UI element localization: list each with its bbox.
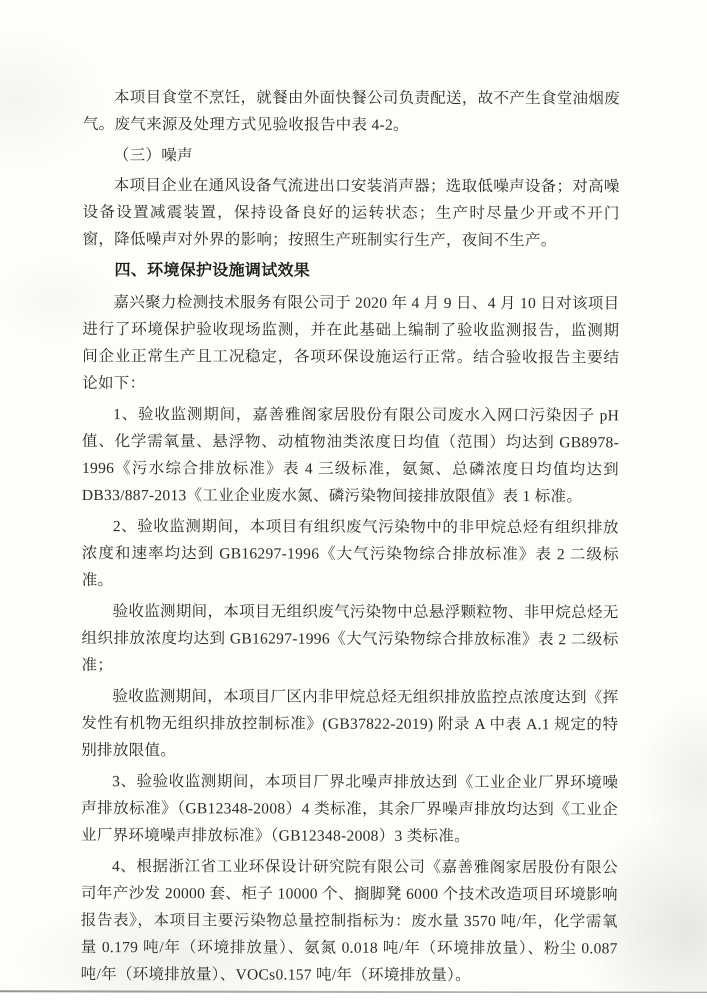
- document-body: 本项目食堂不烹饪，就餐由外面快餐公司负责配送，故不产生食堂油烟废气。废气来源及处…: [81, 84, 620, 993]
- conclusion-item-2-organized-exhaust: 2、验收监测期间，本项目有组织废气污染物中的非甲烷总烃有组织排放浓度和速率均达到…: [82, 513, 619, 595]
- conclusion-item-2-voc-monitoring-points: 验收监测期间，本项目厂区内非甲烷总烃无组织排放监控点浓度达到《挥发性有机物无组织…: [81, 683, 618, 765]
- scanner-background-strip: [0, 993, 707, 1000]
- conclusion-item-1-wastewater: 1、验收监测期间，嘉善雅阁家居股份有限公司废水入网口污染因子 pH 值、化学需氧…: [82, 401, 619, 510]
- section-heading-environmental-facility-results: 四、环境保护设施调试效果: [82, 257, 619, 285]
- conclusion-item-4-total-pollutant-control: 4、根据浙江省工业环保设计研究院有限公司《嘉善雅阁家居股份有限公司年产沙发 20…: [81, 853, 618, 989]
- paragraph-canteen-exhaust: 本项目食堂不烹饪，就餐由外面快餐公司负责配送，故不产生食堂油烟废气。废气来源及处…: [83, 84, 620, 139]
- paragraph-monitoring-overview: 嘉兴聚力检测技术服务有限公司于 2020 年 4 月 9 日、4 月 10 日对…: [82, 289, 619, 398]
- scanned-document-page: 本项目食堂不烹饪，就餐由外面快餐公司负责配送，故不产生食堂油烟废气。废气来源及处…: [0, 0, 707, 1000]
- paragraph-noise-measures: 本项目企业在通风设备气流进出口安装消声器；选取低噪声设备；对高噪设备设置减震装置…: [83, 172, 620, 254]
- conclusion-item-2-fugitive-exhaust: 验收监测期间，本项目无组织废气污染物中总悬浮颗粒物、非甲烷总烃无组织排放浓度均达…: [81, 598, 618, 680]
- conclusion-item-3-boundary-noise: 3、验验收监测期间，本项目厂界北噪声排放达到《工业企业厂界环境噪声排放标准》（G…: [81, 768, 618, 850]
- subsection-heading-noise: （三）噪声: [83, 142, 620, 170]
